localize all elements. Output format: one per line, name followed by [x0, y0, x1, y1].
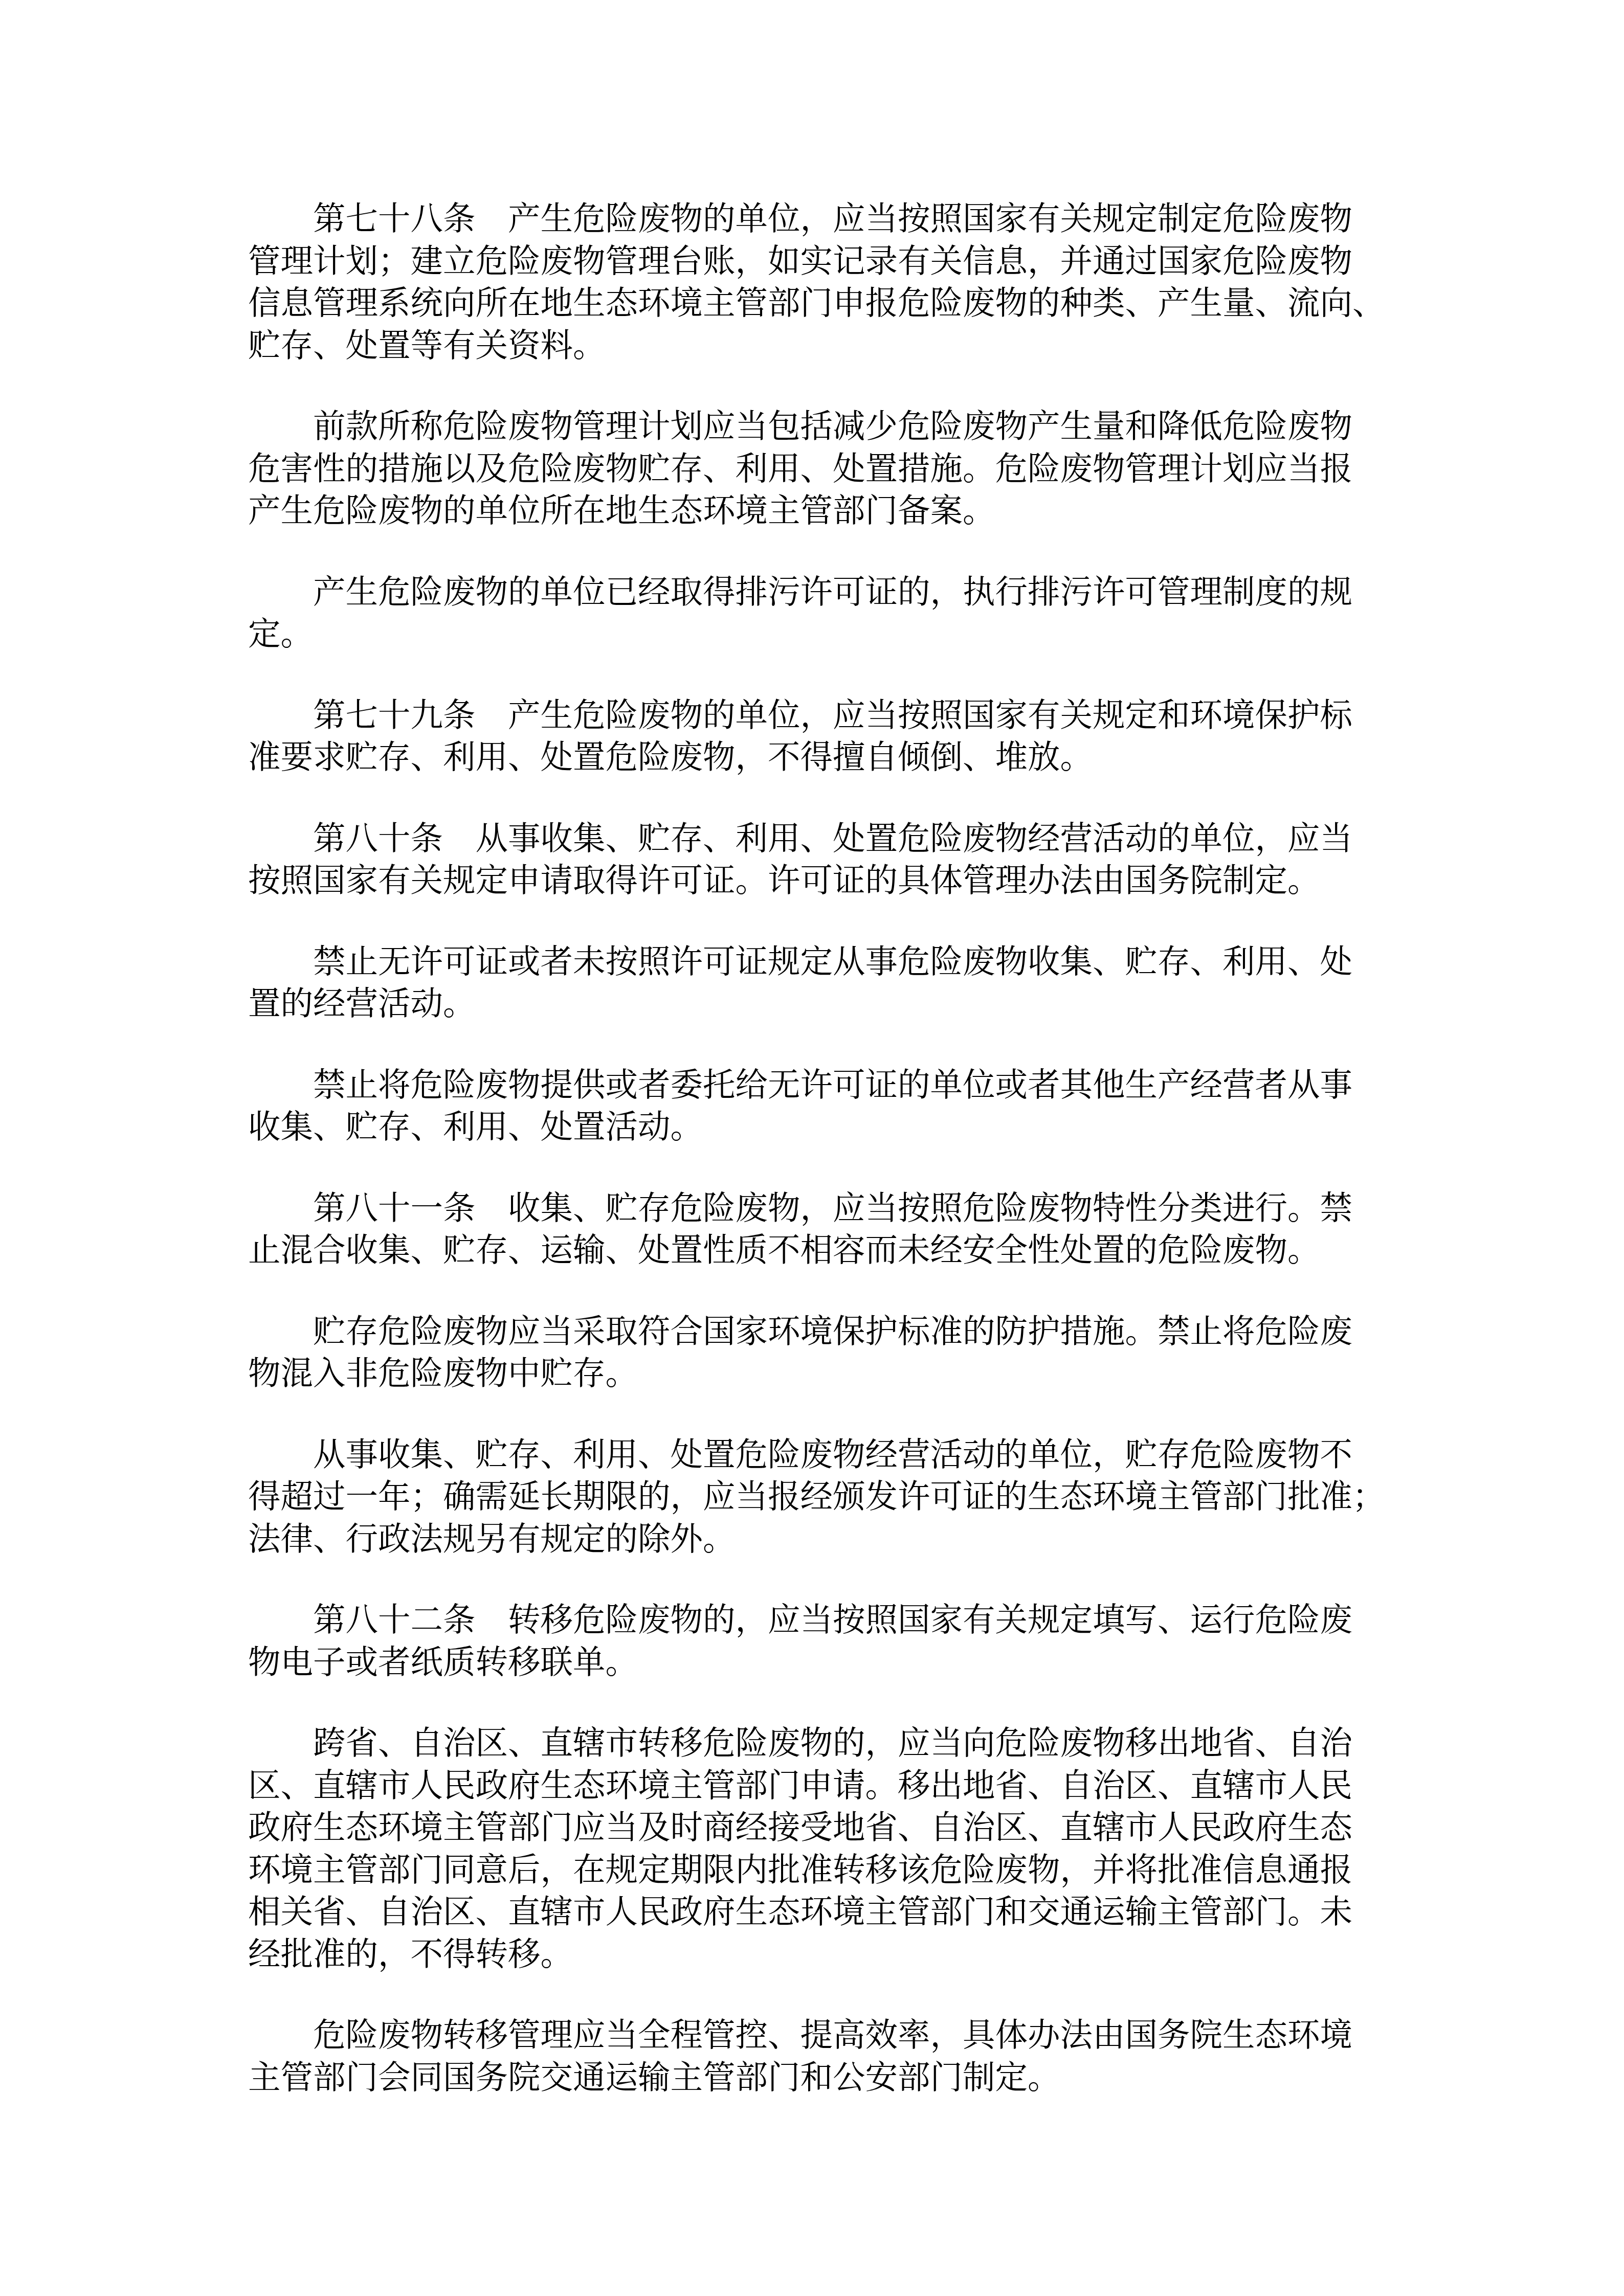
paragraph-cross-province-transfer: 跨省、自治区、直辖市转移危险废物的，应当向危险废物移出地省、自治 区、直辖市人民…: [248, 1722, 1394, 1975]
document-page: 第七十八条 产生危险废物的单位，应当按照国家有关规定制定危险废物 管理计划；建立…: [248, 197, 1394, 2137]
text-line: 第八十二条 转移危险废物的，应当按照国家有关规定填写、运行危险废: [248, 1599, 1394, 1641]
paragraph-article-78: 第七十八条 产生危险废物的单位，应当按照国家有关规定制定危险废物 管理计划；建立…: [248, 197, 1394, 366]
text-line: 危害性的措施以及危险废物贮存、利用、处置措施。危险废物管理计划应当报: [248, 447, 1394, 490]
text-line: 管理计划；建立危险废物管理台账，如实记录有关信息，并通过国家危险废物: [248, 240, 1394, 282]
text-line: 区、直辖市人民政府生态环境主管部门申请。移出地省、自治区、直辖市人民: [248, 1764, 1394, 1807]
text-line: 贮存危险废物应当采取符合国家环境保护标准的防护措施。禁止将危险废: [248, 1310, 1394, 1353]
text-line: 经批准的，不得转移。: [248, 1933, 1394, 1975]
text-line: 禁止将危险废物提供或者委托给无许可证的单位或者其他生产经营者从事: [248, 1064, 1394, 1106]
text-line: 第八十条 从事收集、贮存、利用、处置危险废物经营活动的单位，应当: [248, 817, 1394, 860]
paragraph-article-79: 第七十九条 产生危险废物的单位，应当按照国家有关规定和环境保护标 准要求贮存、利…: [248, 694, 1394, 778]
text-line: 得超过一年；确需延长期限的，应当报经颁发许可证的生态环境主管部门批准；: [248, 1475, 1394, 1518]
paragraph-transfer-management: 危险废物转移管理应当全程管控、提高效率，具体办法由国务院生态环境 主管部门会同国…: [248, 2014, 1394, 2098]
text-line: 第七十九条 产生危险废物的单位，应当按照国家有关规定和环境保护标: [248, 694, 1394, 736]
paragraph-management-plan: 前款所称危险废物管理计划应当包括减少危险废物产生量和降低危险废物 危害性的措施以…: [248, 405, 1394, 532]
paragraph-article-80: 第八十条 从事收集、贮存、利用、处置危险废物经营活动的单位，应当 按照国家有关规…: [248, 817, 1394, 902]
text-line: 贮存、处置等有关资料。: [248, 324, 1394, 367]
text-line: 主管部门会同国务院交通运输主管部门和公安部门制定。: [248, 2056, 1394, 2099]
text-line: 止混合收集、贮存、运输、处置性质不相容而未经安全性处置的危险废物。: [248, 1229, 1394, 1271]
text-line: 政府生态环境主管部门应当及时商经接受地省、自治区、直辖市人民政府生态: [248, 1806, 1394, 1849]
paragraph-article-82: 第八十二条 转移危险废物的，应当按照国家有关规定填写、运行危险废 物电子或者纸质…: [248, 1599, 1394, 1683]
paragraph-storage-time-limit: 从事收集、贮存、利用、处置危险废物经营活动的单位，贮存危险废物不 得超过一年；确…: [248, 1433, 1394, 1560]
text-line: 法律、行政法规另有规定的除外。: [248, 1518, 1394, 1560]
text-line: 物混入非危险废物中贮存。: [248, 1352, 1394, 1394]
text-line: 按照国家有关规定申请取得许可证。许可证的具体管理办法由国务院制定。: [248, 859, 1394, 902]
text-line: 危险废物转移管理应当全程管控、提高效率，具体办法由国务院生态环境: [248, 2014, 1394, 2056]
text-line: 收集、贮存、利用、处置活动。: [248, 1106, 1394, 1148]
paragraph-discharge-permit: 产生危险废物的单位已经取得排污许可证的，执行排污许可管理制度的规 定。: [248, 571, 1394, 655]
text-line: 第七十八条 产生危险废物的单位，应当按照国家有关规定制定危险废物: [248, 197, 1394, 240]
text-line: 置的经营活动。: [248, 982, 1394, 1025]
paragraph-article-81: 第八十一条 收集、贮存危险废物，应当按照危险废物特性分类进行。禁 止混合收集、贮…: [248, 1187, 1394, 1271]
paragraph-entrust-prohibition: 禁止将危险废物提供或者委托给无许可证的单位或者其他生产经营者从事 收集、贮存、利…: [248, 1064, 1394, 1148]
text-line: 环境主管部门同意后，在规定期限内批准转移该危险废物，并将批准信息通报: [248, 1849, 1394, 1891]
text-line: 第八十一条 收集、贮存危险废物，应当按照危险废物特性分类进行。禁: [248, 1187, 1394, 1229]
text-line: 信息管理系统向所在地生态环境主管部门申报危险废物的种类、产生量、流向、: [248, 282, 1394, 324]
text-line: 相关省、自治区、直辖市人民政府生态环境主管部门和交通运输主管部门。未: [248, 1890, 1394, 1933]
text-line: 产生危险废物的单位所在地生态环境主管部门备案。: [248, 489, 1394, 532]
text-line: 准要求贮存、利用、处置危险废物，不得擅自倾倒、堆放。: [248, 736, 1394, 778]
text-line: 前款所称危险废物管理计划应当包括减少危险废物产生量和降低危险废物: [248, 405, 1394, 447]
paragraph-no-license-prohibition: 禁止无许可证或者未按照许可证规定从事危险废物收集、贮存、利用、处 置的经营活动。: [248, 940, 1394, 1025]
text-line: 从事收集、贮存、利用、处置危险废物经营活动的单位，贮存危险废物不: [248, 1433, 1394, 1476]
text-line: 跨省、自治区、直辖市转移危险废物的，应当向危险废物移出地省、自治: [248, 1722, 1394, 1764]
text-line: 定。: [248, 613, 1394, 655]
paragraph-storage-protection: 贮存危险废物应当采取符合国家环境保护标准的防护措施。禁止将危险废 物混入非危险废…: [248, 1310, 1394, 1394]
text-line: 禁止无许可证或者未按照许可证规定从事危险废物收集、贮存、利用、处: [248, 940, 1394, 983]
text-line: 产生危险废物的单位已经取得排污许可证的，执行排污许可管理制度的规: [248, 571, 1394, 613]
text-line: 物电子或者纸质转移联单。: [248, 1641, 1394, 1683]
